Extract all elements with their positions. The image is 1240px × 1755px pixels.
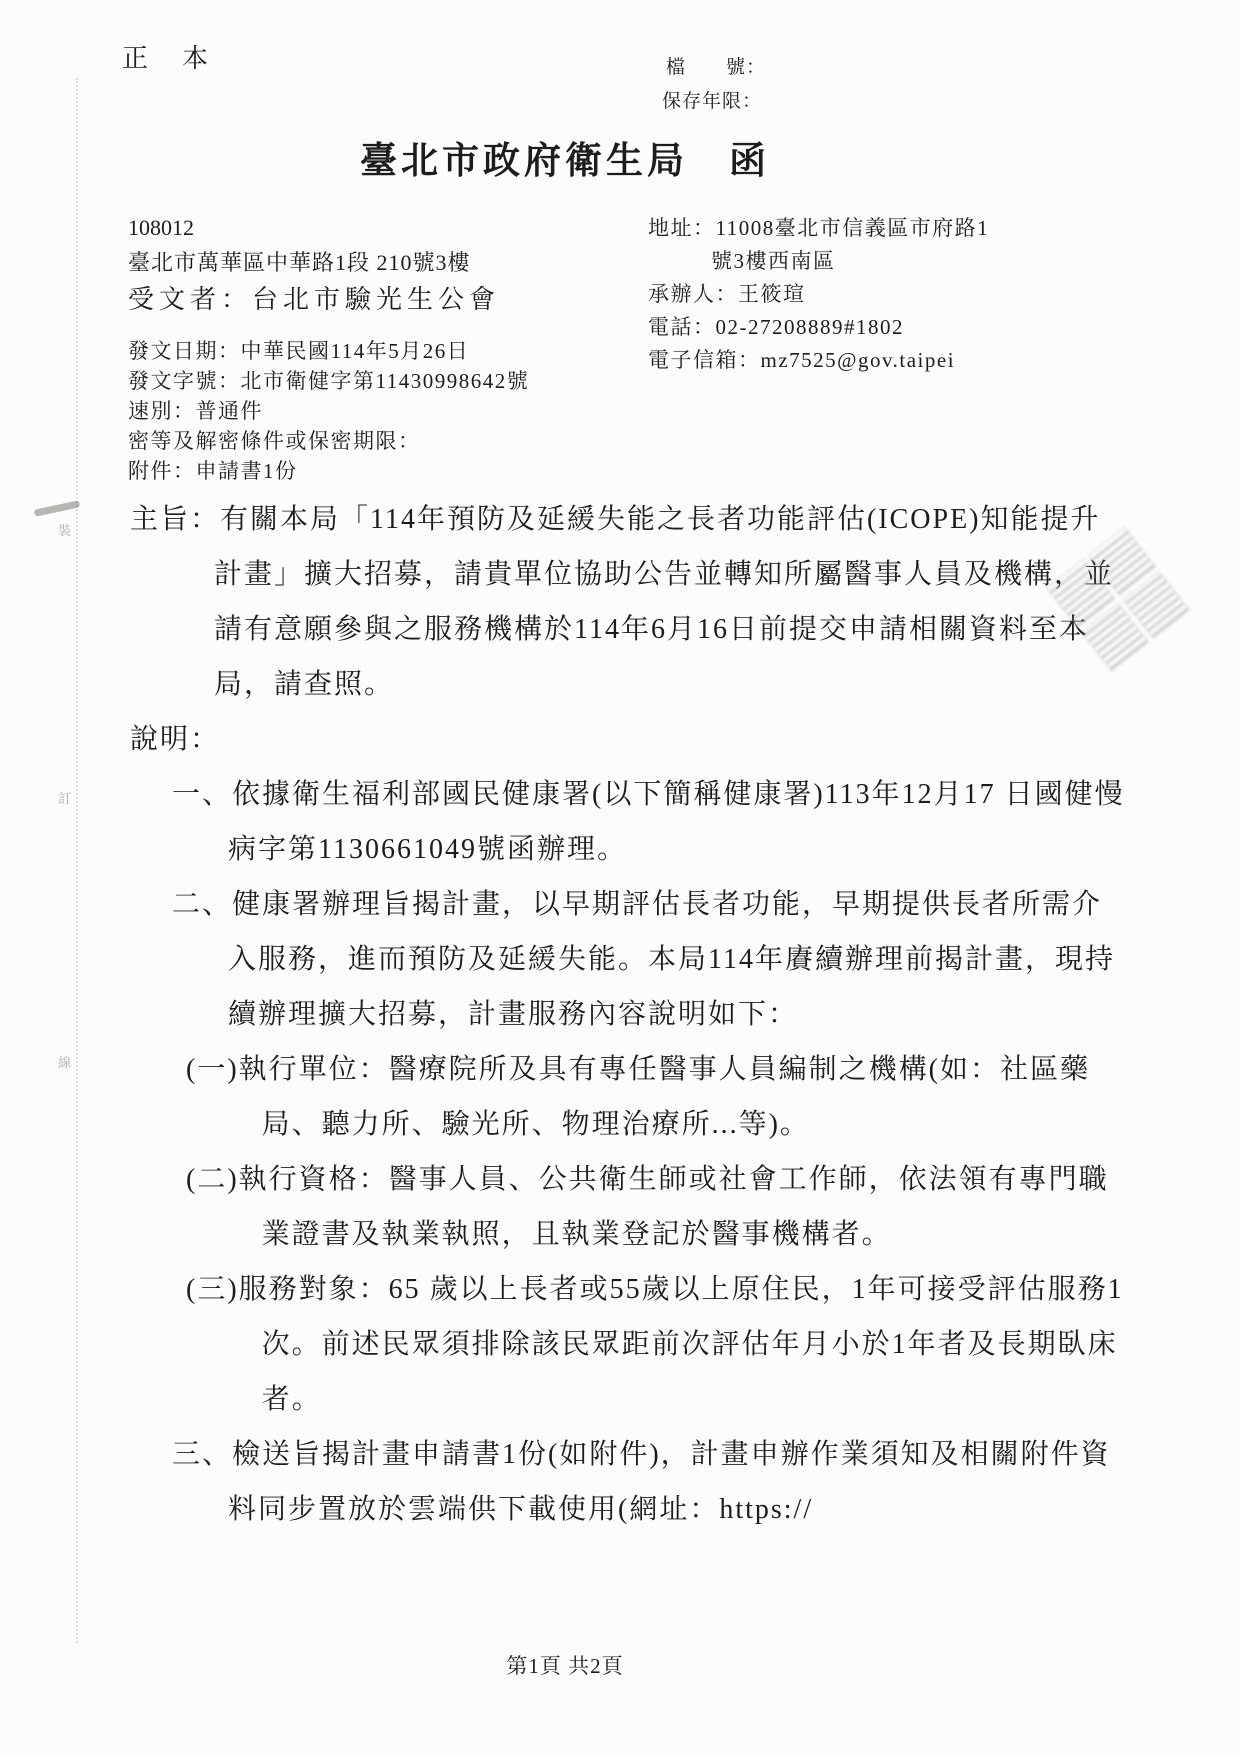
- explanation-item-3: 三、檢送旨揭計畫申請書1份(如附件)，計畫申辦作業須知及相關附件資料同步置放於雲…: [130, 1427, 1130, 1537]
- sender-phone: 電話：02-27208889#1802: [648, 311, 1118, 344]
- document-title: 臺北市政府衛生局 函: [0, 130, 1130, 184]
- sub-item-1: (一)執行單位：醫療院所及具有專任醫事人員編制之機構(如：社區藥局、聽力所、驗光…: [130, 1042, 1130, 1152]
- file-number-label: 檔 號：: [666, 52, 766, 79]
- binding-mark-xian: 線: [58, 1052, 71, 1071]
- subject-paragraph: 主旨：有關本局「114年預防及延緩失能之長者功能評估(ICOPE)知能提升計畫」…: [130, 492, 1130, 712]
- retention-period-label: 保存年限：: [662, 86, 762, 113]
- explanation-item-1: 一、依據衛生福利部國民健康署(以下簡稱健康署)113年12月17 日國健慢病字第…: [130, 767, 1130, 877]
- sub-item-3: (三)服務對象：65 歲以上長者或55歲以上原住民，1年可接受評估服務1次。前述…: [130, 1262, 1130, 1427]
- attachment-note: 附件：申請書1份: [128, 456, 628, 486]
- priority-level: 速別：普通件: [128, 396, 628, 426]
- sender-address-line2: 號3樓西南區: [711, 245, 1118, 278]
- document-number: 發文字號：北市衛健字第11430998642號: [128, 366, 628, 396]
- binding-line: [76, 78, 78, 1643]
- issue-date: 發文日期：中華民國114年5月26日: [128, 336, 628, 366]
- explanation-label: 說明：: [130, 712, 1130, 767]
- recipient-address: 臺北市萬華區中華路1段 210號3樓: [128, 246, 471, 277]
- sender-contact-block: 地址：11008臺北市信義區市府路1 號3樓西南區 承辦人：王筱瑄 電話：02-…: [648, 212, 1118, 377]
- scan-artifact: [34, 500, 80, 516]
- letter-body: 主旨：有關本局「114年預防及延緩失能之長者功能評估(ICOPE)知能提升計畫」…: [130, 492, 1130, 1537]
- document-meta-block: 發文日期：中華民國114年5月26日 發文字號：北市衛健字第1143099864…: [128, 336, 628, 486]
- page-number: 第1頁 共2頁: [0, 1650, 1130, 1680]
- sub-item-2: (二)執行資格：醫事人員、公共衛生師或社會工作師，依法領有專門職業證書及執業執照…: [130, 1152, 1130, 1262]
- binding-mark-zhuang: 裝: [58, 520, 71, 539]
- explanation-item-2: 二、健康署辦理旨揭計畫，以早期評估長者功能，早期提供長者所需介入服務，進而預防及…: [130, 877, 1130, 1042]
- document-page: 裝 訂 線 正 本 檔 號： 保存年限： 臺北市政府衛生局 函 108012 臺…: [0, 0, 1240, 1755]
- sender-address-line1: 地址：11008臺北市信義區市府路1: [648, 212, 1118, 245]
- sender-email: 電子信箱：mz7525@gov.taipei: [648, 344, 1118, 377]
- binding-mark-ding: 訂: [58, 788, 71, 807]
- recipient-zip: 108012: [128, 215, 194, 241]
- copy-type-label: 正 本: [122, 38, 212, 75]
- sender-contact-person: 承辦人：王筱瑄: [648, 278, 1118, 311]
- recipient-line: 受文者：台北市驗光生公會: [128, 279, 500, 316]
- security-classification: 密等及解密條件或保密期限：: [128, 426, 628, 456]
